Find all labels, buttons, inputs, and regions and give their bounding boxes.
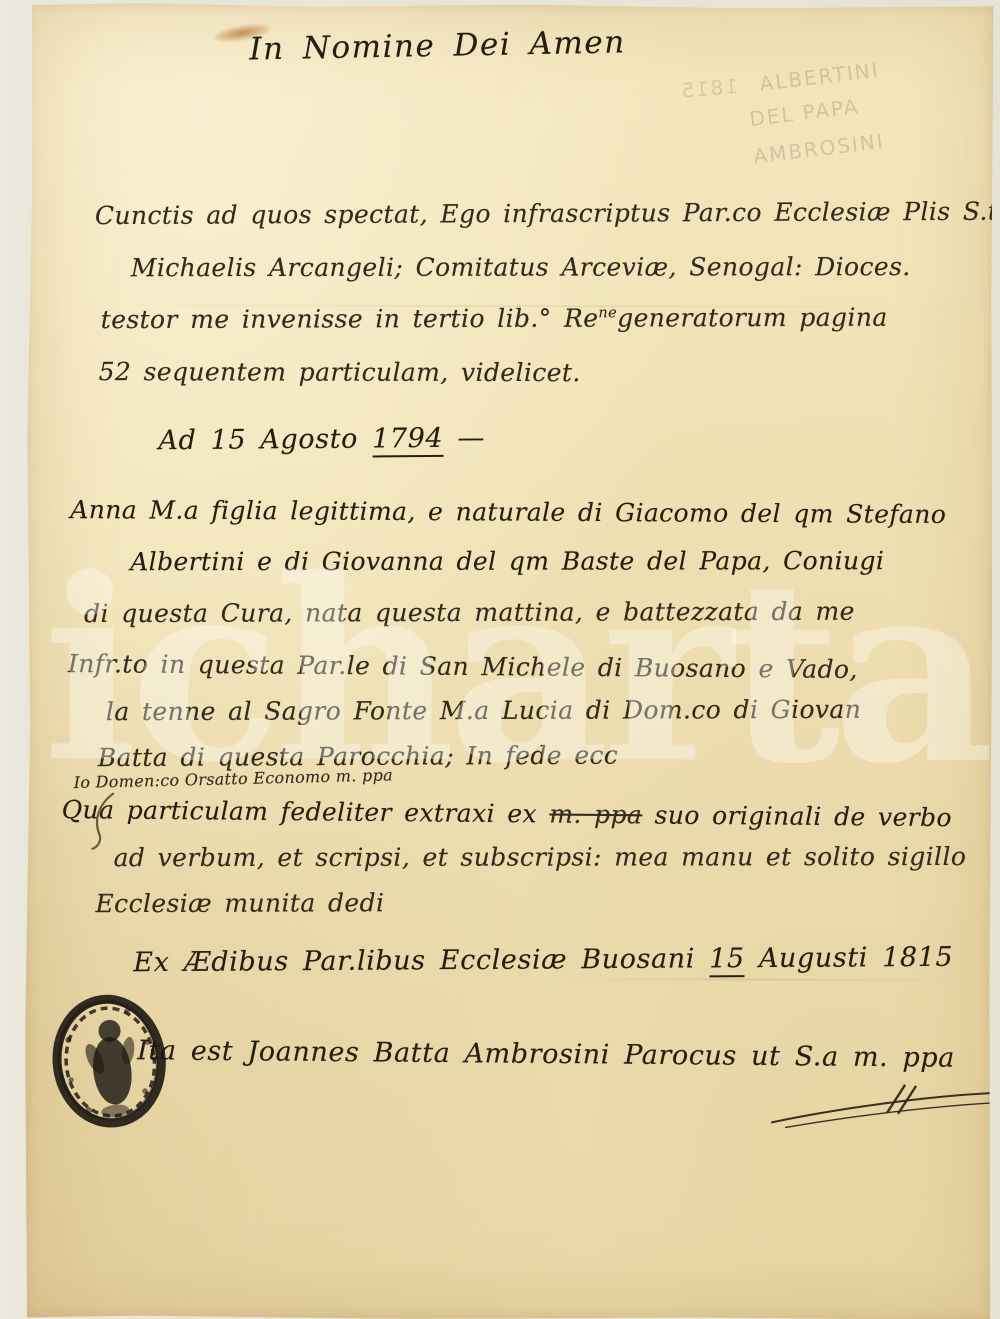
- signature-flourish: [767, 1083, 997, 1129]
- body-line-5: la tenne al Sagro Fonte M.a Lucia di Dom…: [106, 695, 861, 726]
- attestation-line-2: ad verbum, et scripsi, et subscripsi: me…: [114, 842, 967, 872]
- signature-line: Ita est Joannes Batta Ambrosini Parocus …: [137, 1035, 955, 1073]
- attestation-struck-text: m. ppa: [549, 799, 642, 829]
- intro-line-3-post: generatorum pagina: [617, 303, 888, 333]
- pencil-note-surname-3: AMBROSINI: [752, 129, 886, 169]
- intro-line-3-superscript: ne: [598, 305, 617, 321]
- intro-line-4: 52 sequentem particulam, videlicet.: [99, 357, 581, 387]
- attestation-line-1-post: suo originali de verbo: [642, 800, 952, 832]
- intro-line-2: Michaelis Arcangeli; Comitatus Arceviæ, …: [131, 252, 911, 282]
- entry-date-prefix: Ad 15 Agosto: [158, 423, 372, 456]
- pencil-note-year-mirrored: 1815: [678, 74, 739, 103]
- intro-line-1: Cunctis ad quos spectat, Ego infrascript…: [95, 197, 1000, 230]
- paper-crease: [545, 978, 965, 981]
- issue-dateline-pre: Ex Ædibus Par.libus Ecclesiæ Buosani: [133, 943, 709, 978]
- pencil-note-surname-2: DEL PAPA: [748, 94, 861, 131]
- scanned-document-scene: ALBERTINI DEL PAPA AMBROSINI 1815 In Nom…: [0, 0, 1000, 1319]
- body-line-3: di questa Cura, nata questa mattina, e b…: [84, 597, 855, 628]
- parish-seal-stamp: [41, 984, 177, 1137]
- attestation-line-1: Qua particulam fedeliter extraxi ex m. p…: [62, 795, 953, 832]
- manuscript-paper: ALBERTINI DEL PAPA AMBROSINI 1815 In Nom…: [25, 3, 994, 1319]
- intro-line-3-pre: testor me invenisse in tertio lib.° Re: [101, 304, 599, 335]
- issue-dateline-day: 15: [709, 943, 745, 977]
- attestation-line-1-pre: Qua particulam fedeliter extraxi ex: [62, 795, 550, 828]
- attestation-line-3: Ecclesiæ munita dedi: [95, 888, 384, 918]
- body-line-1: Anna M.a figlia legittima, e naturale di…: [70, 495, 946, 529]
- ink-flourish-left: [84, 791, 124, 851]
- entry-date-suffix: —: [443, 423, 485, 454]
- document-title: In Nomine Dei Amen: [249, 24, 626, 67]
- body-line-2: Albertini e di Giovanna del qm Baste del…: [130, 546, 884, 576]
- entry-date-line: Ad 15 Agosto 1794 —: [158, 423, 485, 460]
- body-line-4: Infr.to in questa Par.le di San Michele …: [68, 649, 858, 684]
- intro-line-3: testor me invenisse in tertio lib.° Rene…: [101, 303, 888, 334]
- issue-dateline: Ex Ædibus Par.libus Ecclesiæ Buosani 15 …: [133, 942, 953, 981]
- issue-dateline-post: Augusti 1815: [745, 942, 954, 974]
- entry-date-year: 1794: [372, 423, 443, 458]
- pencil-note-surname-1: ALBERTINI: [758, 58, 881, 96]
